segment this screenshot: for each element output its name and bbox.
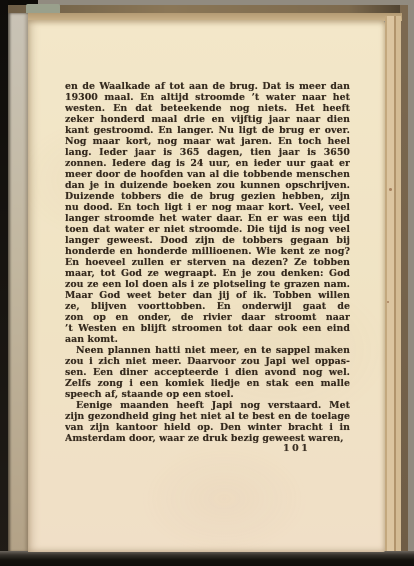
text-line: Nog maar kort, nog maar wat jaren. En to… <box>65 136 350 147</box>
text-line: speech af, staande op een stoel. <box>65 389 350 400</box>
text-line: zou ze een lol doen als i ze plotseling … <box>65 279 350 290</box>
text-line: 19300 maal. En altijd stroomde ’t water … <box>65 92 350 103</box>
text-line: ze, blijven voorttobben. En onderwijl ga… <box>65 301 350 312</box>
page-stack-fore-edge <box>385 16 401 552</box>
photo-background-left <box>0 0 8 566</box>
text-line: zeker honderd maal drie en vijftig jaar … <box>65 114 350 125</box>
text-line: Maar God weet beter dan jij of ik. Tobbe… <box>65 290 350 301</box>
text-line: honderde en honderde millioenen. Wie ken… <box>65 246 350 257</box>
text-line: sen. Een diner accepteerde i dien avond … <box>65 367 350 378</box>
text-line: dan je in duizende boeken zou kunnen ops… <box>65 180 350 191</box>
photo-background-bottom <box>0 551 414 566</box>
text-line: toen dat water er niet stroomde. Die tij… <box>65 224 350 235</box>
text-line: Neen plannen hatti niet meer, en te sapp… <box>65 345 350 356</box>
book-cover-right-edge <box>400 5 408 554</box>
text-line: meer door de hoofden van al die tobbende… <box>65 169 350 180</box>
text-line: aan komt. <box>65 334 350 345</box>
foxing-speck <box>387 301 389 303</box>
text-line: Duizende tobbers die de brug gezien hebb… <box>65 191 350 202</box>
foxing-speck <box>389 188 392 191</box>
text-line: van zijn kantoor hield op. Den winter br… <box>65 422 350 433</box>
text-line: Eenige maanden heeft Japi nog verstaard.… <box>65 400 350 411</box>
text-line: nu dood. En toch ligt i er nog maar kort… <box>65 202 350 213</box>
book-spine-gutter <box>8 13 28 552</box>
text-line: En hoeveel zullen er sterven na dezen? Z… <box>65 257 350 268</box>
text-line: ’t Westen en blijft stroomen tot daar oo… <box>65 323 350 334</box>
text-line: langer geweest. Dood zijn de tobbers geg… <box>65 235 350 246</box>
page-number: 101 <box>283 443 310 454</box>
text-line: zon op en onder, de rivier daar stroomt … <box>65 312 350 323</box>
text-line: zou i zich niet meer. Daarvoor zou Japi … <box>65 356 350 367</box>
text-line: langer stroomde het water daar. En er wa… <box>65 213 350 224</box>
text-line: maar, tot God ze wegraapt. En je zou den… <box>65 268 350 279</box>
text-line: lang. Ieder jaar is 365 dagen, tien jaar… <box>65 147 350 158</box>
text-line: Zelfs zong i een komiek liedje en stak e… <box>65 378 350 389</box>
text-block: en de Waalkade af tot aan de brug. Dat i… <box>65 81 350 444</box>
text-line: westen. En dat beteekende nog niets. Het… <box>65 103 350 114</box>
text-line: zijn gezondheid ging het niet al te best… <box>65 411 350 422</box>
text-line: en de Waalkade af tot aan de brug. Dat i… <box>65 81 350 92</box>
book-photo: en de Waalkade af tot aan de brug. Dat i… <box>0 0 414 566</box>
text-line: zonnen. Iedere dag is 24 uur, en ieder u… <box>65 158 350 169</box>
text-line: kant gestroomd. En langer. Nu ligt de br… <box>65 125 350 136</box>
